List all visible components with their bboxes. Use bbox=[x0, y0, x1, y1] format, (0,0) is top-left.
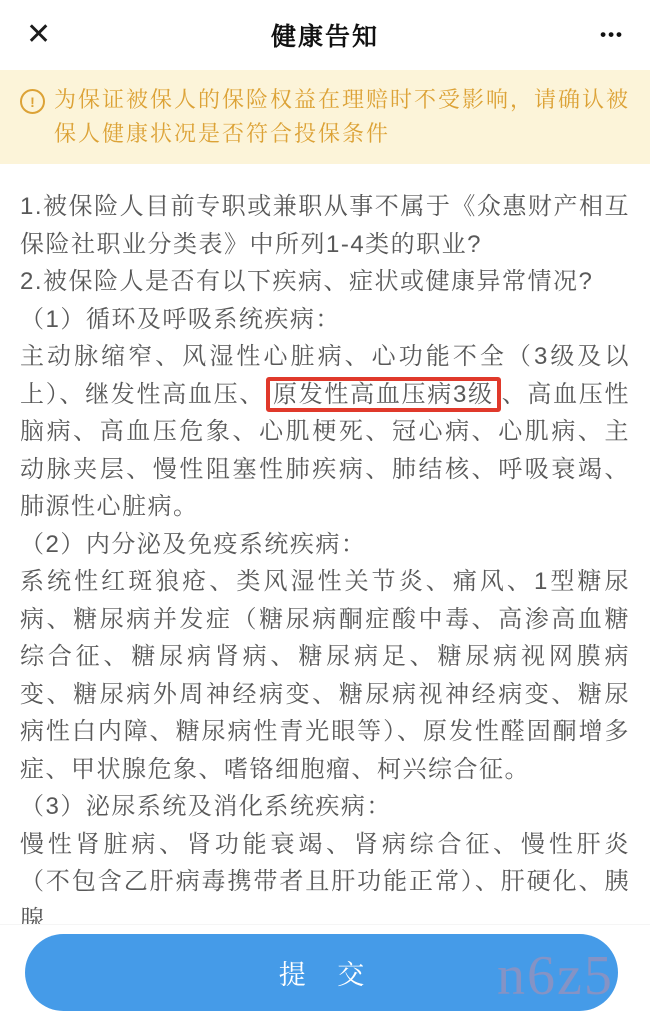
bottom-bar: 提 交 bbox=[0, 924, 650, 1019]
highlight-box: 原发性高血压病3级 bbox=[266, 377, 501, 412]
section-2-body: 系统性红斑狼疮、类风湿性关节炎、痛风、1型糖尿病、糖尿病并发症（糖尿病酮症酸中毒… bbox=[20, 563, 630, 788]
section-1-heading: （1）循环及呼吸系统疾病： bbox=[20, 301, 630, 339]
more-icon: ••• bbox=[600, 25, 624, 44]
question-1: 1.被保险人目前专职或兼职从事不属于《众惠财产相互保险社职业分类表》中所列1-4… bbox=[20, 188, 630, 263]
warning-banner: ! 为保证被保人的保险权益在理赔时不受影响，请确认被保人健康状况是否符合投保条件 bbox=[0, 70, 650, 164]
submit-button[interactable]: 提 交 bbox=[25, 934, 618, 1011]
section-3-body: 慢性肾脏病、肾功能衰竭、肾病综合征、慢性肝炎（不包含乙肝病毒携带者且肝功能正常）… bbox=[20, 826, 630, 939]
section-2-heading: （2）内分泌及免疫系统疾病： bbox=[20, 526, 630, 564]
question-2: 2.被保险人是否有以下疾病、症状或健康异常情况? bbox=[20, 263, 630, 301]
more-button[interactable]: ••• bbox=[600, 25, 624, 45]
scroll-area[interactable]: 1.被保险人目前专职或兼职从事不属于《众惠财产相互保险社职业分类表》中所列1-4… bbox=[0, 164, 650, 950]
section-3-heading: （3）泌尿系统及消化系统疾病： bbox=[20, 788, 630, 826]
warning-text: 为保证被保人的保险权益在理赔时不受影响，请确认被保人健康状况是否符合投保条件 bbox=[54, 83, 634, 151]
nav-bar: ✕ 健康告知 ••• bbox=[0, 0, 650, 70]
warning-icon: ! bbox=[20, 89, 45, 114]
close-button[interactable]: ✕ bbox=[26, 20, 51, 50]
page-title: 健康告知 bbox=[0, 17, 650, 53]
section-1-body: 主动脉缩窄、风湿性心脏病、心功能不全（3级及以上）、继发性高血压、原发性高血压病… bbox=[20, 338, 630, 526]
close-icon: ✕ bbox=[26, 18, 51, 51]
